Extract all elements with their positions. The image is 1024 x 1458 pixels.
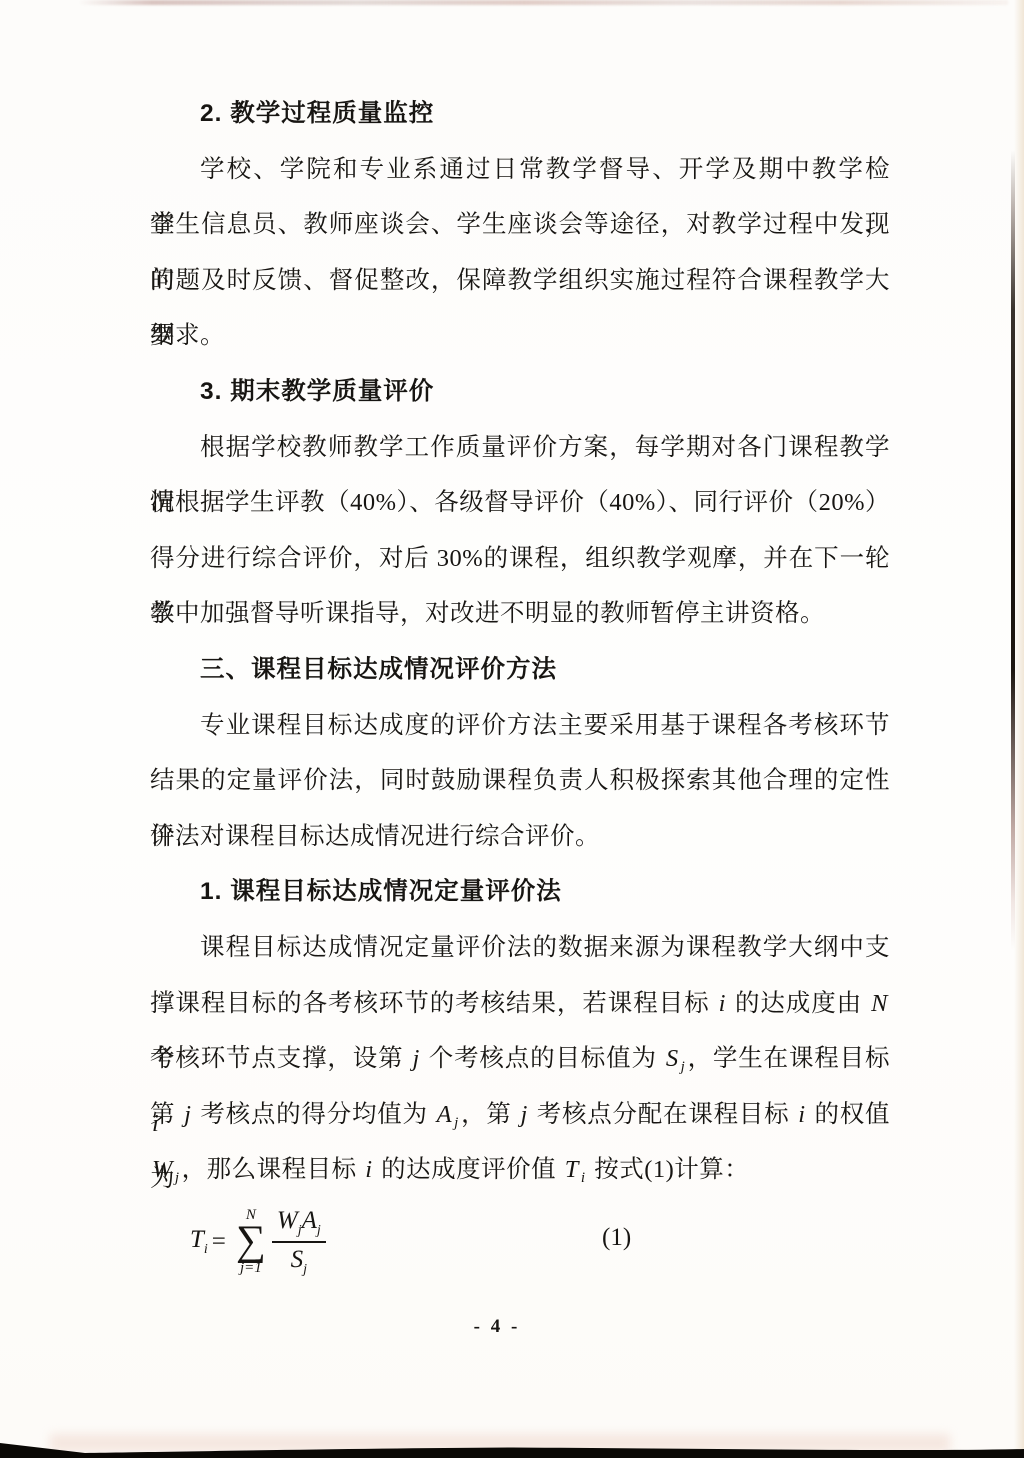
equation-number: (1) bbox=[602, 1224, 631, 1252]
equation-expression: Ti = N ∑ j=1 WjAj Sj bbox=[190, 1196, 326, 1288]
text-line: 价法对课程目标达成情况进行综合评价。 bbox=[150, 809, 890, 865]
text-line: Wj，那么课程目标 i 的达成度评价值 Ti 按式(1)计算： bbox=[150, 1142, 890, 1198]
text-line: 况根据学生评教（40%）、各级督导评价（40%）、同行评价（20%） bbox=[150, 475, 890, 531]
text-line: 要求。 bbox=[150, 308, 890, 364]
section-heading: 三、课程目标达成情况评价方法 bbox=[150, 642, 890, 698]
section-heading: 3. 期末教学质量评价 bbox=[150, 364, 890, 420]
equation-row: Ti = N ∑ j=1 WjAj Sj (1) bbox=[150, 1196, 890, 1288]
summation-lower-limit: j=1 bbox=[240, 1261, 262, 1276]
text-line: 根据学校教师教学工作质量评价方案，每学期对各门课程教学情 bbox=[150, 420, 890, 476]
text-line: 课程目标达成情况定量评价法的数据来源为课程教学大纲中支 bbox=[150, 920, 890, 976]
text-line: 第 j 考核点的得分均值为 Aj，第 j 考核点分配在课程目标 i 的权值为 bbox=[150, 1087, 890, 1143]
text-line: 得分进行综合评价，对后 30%的课程，组织教学观摩，并在下一轮教 bbox=[150, 531, 890, 587]
fraction-denominator: Sj bbox=[291, 1243, 307, 1277]
text-line: 考核环节点支撑，设第 j 个考核点的目标值为 Sj，学生在课程目标 i bbox=[150, 1031, 890, 1087]
scan-artifact-top-streak bbox=[78, 0, 1008, 5]
document-body: 2. 教学过程质量监控学校、学院和专业系通过日常教学督导、开学及期中教学检查，学… bbox=[150, 86, 890, 1198]
page-number: - 4 - bbox=[0, 1316, 994, 1338]
equation-lhs: Ti bbox=[190, 1226, 208, 1258]
scan-artifact-bottom-band bbox=[0, 1396, 1024, 1458]
fraction-numerator: WjAj bbox=[272, 1208, 326, 1243]
equals-sign: = bbox=[212, 1228, 226, 1256]
scan-artifact-right-edge-tint bbox=[1014, 0, 1024, 1458]
text-line: 结果的定量评价法，同时鼓励课程负责人积极探索其他合理的定性评 bbox=[150, 753, 890, 809]
text-line: 学校、学院和专业系通过日常教学督导、开学及期中教学检查， bbox=[150, 142, 890, 198]
text-line: 学生信息员、教师座谈会、学生座谈会等途径，对教学过程中发现的 bbox=[150, 197, 890, 253]
scanned-document-page: 2. 教学过程质量监控学校、学院和专业系通过日常教学督导、开学及期中教学检查，学… bbox=[0, 0, 1024, 1458]
summation-symbol: N ∑ j=1 bbox=[236, 1208, 266, 1277]
scan-artifact-right-line bbox=[1011, 150, 1015, 950]
sigma-icon: ∑ bbox=[236, 1224, 266, 1260]
text-line: 专业课程目标达成度的评价方法主要采用基于课程各考核环节 bbox=[150, 698, 890, 754]
section-heading: 2. 教学过程质量监控 bbox=[150, 86, 890, 142]
text-line: 撑课程目标的各考核环节的考核结果，若课程目标 i 的达成度由 N 个 bbox=[150, 976, 890, 1032]
section-heading: 1. 课程目标达成情况定量评价法 bbox=[150, 864, 890, 920]
text-line: 学中加强督导听课指导，对改进不明显的教师暂停主讲资格。 bbox=[150, 586, 890, 642]
text-line: 问题及时反馈、督促整改，保障教学组织实施过程符合课程教学大纲 bbox=[150, 253, 890, 309]
fraction: WjAj Sj bbox=[272, 1208, 326, 1277]
